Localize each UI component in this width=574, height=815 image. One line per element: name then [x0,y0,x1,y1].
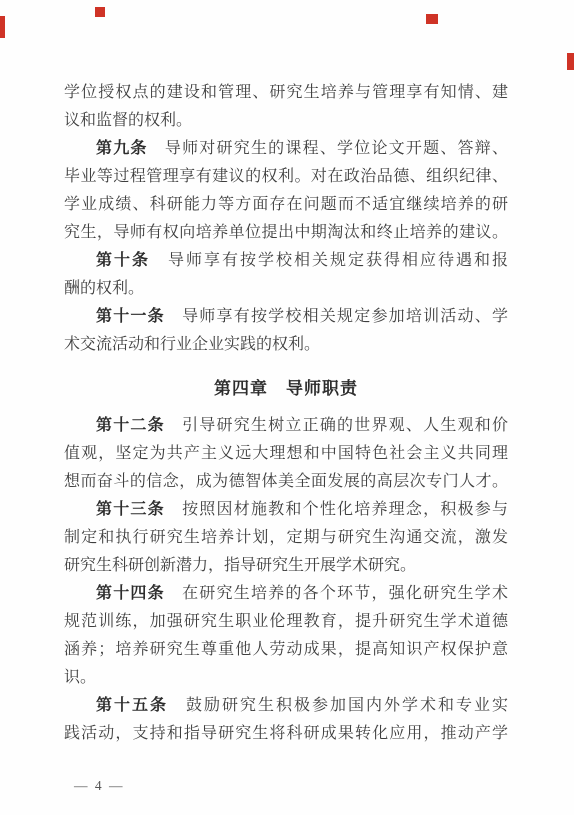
document-body: 学位授权点的建设和管理、研究生培养与管理享有知情、建议和监督的权利。第九条 导师… [64,79,508,748]
text-line: 涵养；培养研究生尊重他人劳动成果，提高知识产权保护意 [64,636,508,664]
text-line: 践活动，支持和指导研究生将科研成果转化应用，推动产学 [64,720,508,748]
chapter-heading: 第四章 导师职责 [64,375,508,403]
page-number: — 4 — [74,778,125,794]
red-scan-artifact [0,16,5,38]
text-line: 究生，导师有权向培养单位提出中期淘汰和终止培养的建议。 [64,219,508,247]
article-number: 第九条 [96,140,148,157]
text-line: 学位授权点的建设和管理、研究生培养与管理享有知情、建 [64,79,508,107]
text-line: 第九条 导师对研究生的课程、学位论文开题、答辩、 [64,135,508,163]
text-line: 值观，坚定为共产主义远大理想和中国特色社会主义共同理 [64,440,508,468]
text-line: 第十条 导师享有按学校相关规定获得相应待遇和报 [64,247,508,275]
article-number: 第十三条 [96,501,165,518]
text-line: 第十三条 按照因材施教和个性化培养理念，积极参与 [64,496,508,524]
text-line: 制定和执行研究生培养计划，定期与研究生沟通交流，激发 [64,524,508,552]
text-line: 研究生科研创新潜力，指导研究生开展学术研究。 [64,552,508,580]
text-line: 想而奋斗的信念，成为德智体美全面发展的高层次专门人才。 [64,468,508,496]
document-page: 学位授权点的建设和管理、研究生培养与管理享有知情、建议和监督的权利。第九条 导师… [0,0,574,815]
article-number: 第十五条 [96,697,168,714]
text-line: 议和监督的权利。 [64,107,508,135]
text-line: 酬的权利。 [64,275,508,303]
text-line: 学业成绩、科研能力等方面存在问题而不适宜继续培养的研 [64,191,508,219]
text-line: 术交流活动和行业企业实践的权利。 [64,331,508,359]
text-line: 第十五条 鼓励研究生积极参加国内外学术和专业实 [64,692,508,720]
text-line: 毕业等过程管理享有建议的权利。对在政治品德、组织纪律、 [64,163,508,191]
article-number: 第十条 [96,252,150,269]
red-scan-artifact [95,7,105,17]
text-line: 规范训练，加强研究生职业伦理教育，提升研究生学术道德 [64,608,508,636]
red-scan-artifact [426,14,438,24]
article-number: 第十一条 [96,308,165,325]
article-number: 第十二条 [96,417,165,434]
red-scan-artifact [567,53,574,70]
article-number: 第十四条 [96,585,165,602]
text-line: 识。 [64,664,508,692]
text-line: 第十一条 导师享有按学校相关规定参加培训活动、学 [64,303,508,331]
text-line: 第十二条 引导研究生树立正确的世界观、人生观和价 [64,412,508,440]
text-line: 第十四条 在研究生培养的各个环节，强化研究生学术 [64,580,508,608]
